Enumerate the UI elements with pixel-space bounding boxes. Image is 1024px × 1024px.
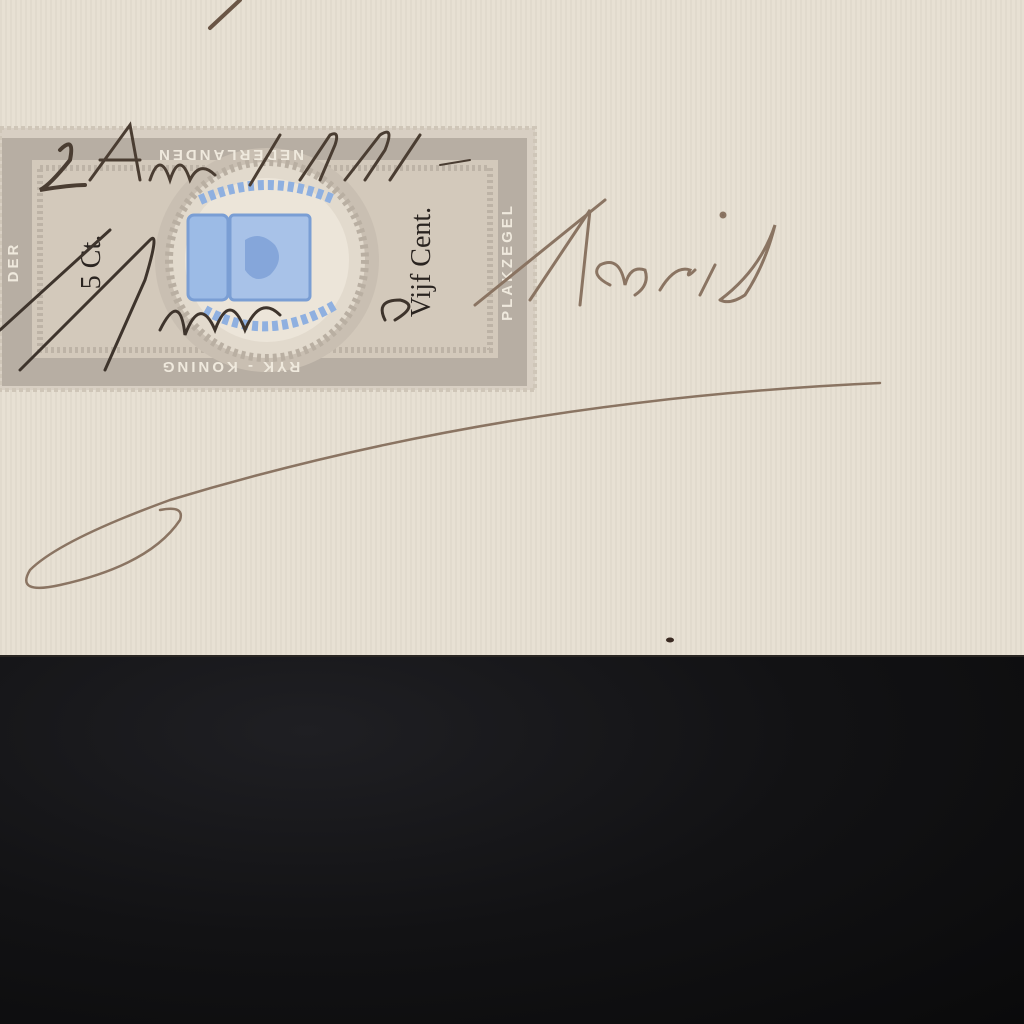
stamp-value-right: Vijf Cent. [406,207,437,317]
stamp-border-right: PLAKZEGEL [499,203,516,321]
stamp-value-left: 5 Ct. [76,235,107,289]
stamp-border-top: NEDERLANDEN [156,146,304,163]
ink-spot [666,638,674,643]
stamp-border-left: DER [5,242,22,283]
document-artwork: NEDERLANDEN DER RYK - KONING PLAKZEGEL 5… [0,0,1024,1024]
stamp-border-bottom: RYK - KONING [160,358,300,375]
ink-stroke-top [210,0,240,28]
signature-flourish [26,383,880,588]
